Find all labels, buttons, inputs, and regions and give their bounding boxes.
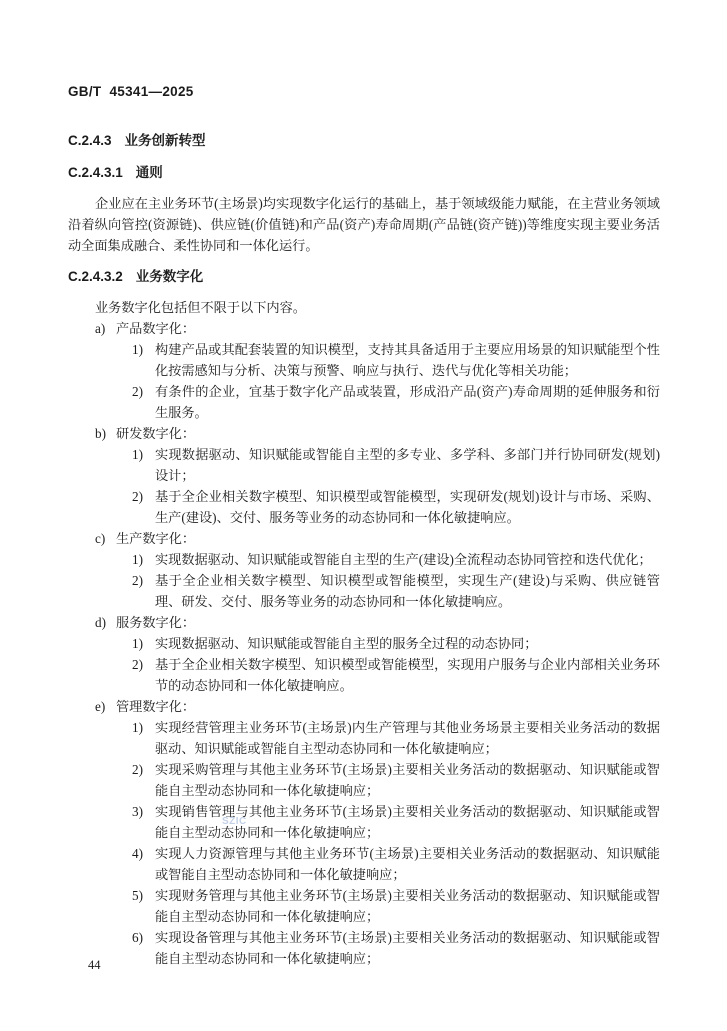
heading-number: C.2.4.3.2 — [68, 269, 123, 284]
list-marker: 3) — [132, 801, 143, 822]
list-item-text: 实现采购管理与其他主业务环节(主场景)主要相关业务活动的数据驱动、知识赋能或智能… — [155, 762, 660, 798]
page-number: 44 — [88, 957, 101, 973]
list-marker: 2) — [132, 486, 143, 507]
list-subitem: 2)基于全企业相关数字模型、知识模型或智能模型，实现用户服务与企业内部相关业务环… — [68, 654, 660, 696]
list-subitem: 6)实现设备管理与其他主业务环节(主场景)主要相关业务活动的数据驱动、知识赋能或… — [68, 927, 660, 969]
list-item-text: 实现销售管理与其他主业务环节(主场景)主要相关业务活动的数据驱动、知识赋能或智能… — [155, 804, 660, 840]
list-item: a)产品数字化： — [68, 318, 660, 339]
list-marker: e) — [95, 696, 105, 717]
list-marker: 1) — [132, 444, 143, 465]
list-subitem: 5)实现财务管理与其他主业务环节(主场景)主要相关业务活动的数据驱动、知识赋能或… — [68, 885, 660, 927]
list-item-text: 实现经营管理主业务环节(主场景)内生产管理与其他业务场景主要相关业务活动的数据驱… — [155, 720, 660, 756]
heading-number: C.2.4.3.1 — [68, 165, 123, 180]
list-marker: 2) — [132, 759, 143, 780]
heading-title: 通则 — [136, 165, 163, 180]
list-subitem: 2)实现采购管理与其他主业务环节(主场景)主要相关业务活动的数据驱动、知识赋能或… — [68, 759, 660, 801]
list-item-text: 管理数字化： — [116, 699, 195, 714]
list-marker: 1) — [132, 339, 143, 360]
list-marker: 1) — [132, 549, 143, 570]
heading-business-digitalization: C.2.4.3.2业务数字化 — [68, 268, 660, 285]
heading-business-innovation-transformation: C.2.4.3业务创新转型 — [68, 132, 660, 149]
list-item-text: 实现人力资源管理与其他主业务环节(主场景)主要相关业务活动的数据驱动、知识赋能或… — [155, 846, 660, 882]
list-marker: 4) — [132, 843, 143, 864]
list-item-text: 服务数字化： — [116, 615, 195, 630]
heading-title: 业务创新转型 — [125, 133, 206, 148]
list-marker: 2) — [132, 381, 143, 402]
list-item-text: 实现数据驱动、知识赋能或智能自主型的多专业、多学科、多部门并行协同研发(规划)设… — [155, 447, 660, 483]
list-marker: c) — [95, 528, 105, 549]
list-item-text: 构建产品或其配套装置的知识模型，支持其具备适用于主要应用场景的知识赋能型个性化按… — [155, 342, 660, 378]
document-page: GB/T 45341—2025 C.2.4.3业务创新转型 C.2.4.3.1通… — [0, 0, 727, 1031]
list-subitem: 1)实现数据驱动、知识赋能或智能自主型的多专业、多学科、多部门并行协同研发(规划… — [68, 444, 660, 486]
list-intro: 业务数字化包括但不限于以下内容。 — [68, 297, 660, 318]
list-item-text: 基于全企业相关数字模型、知识模型或智能模型，实现研发(规划)设计与市场、采购、生… — [155, 489, 660, 525]
list-item-text: 基于全企业相关数字模型、知识模型或智能模型，实现用户服务与企业内部相关业务环节的… — [155, 657, 660, 693]
list-marker: d) — [95, 612, 106, 633]
list-item: c)生产数字化： — [68, 528, 660, 549]
heading-number: C.2.4.3 — [68, 133, 112, 148]
list-item: e)管理数字化： — [68, 696, 660, 717]
list-item-text: 基于全企业相关数字模型、知识模型或智能模型，实现生产(建设)与采购、供应链管理、… — [155, 573, 660, 609]
list-subitem: 4)实现人力资源管理与其他主业务环节(主场景)主要相关业务活动的数据驱动、知识赋… — [68, 843, 660, 885]
list-marker: 2) — [132, 654, 143, 675]
list-item-text: 实现财务管理与其他主业务环节(主场景)主要相关业务活动的数据驱动、知识赋能或智能… — [155, 888, 660, 924]
list-subitem: 3)实现销售管理与其他主业务环节(主场景)主要相关业务活动的数据驱动、知识赋能或… — [68, 801, 660, 843]
doc-code: GB/T 45341—2025 — [68, 84, 660, 100]
list-item-text: 有条件的企业，宜基于数字化产品或装置，形成沿产品(资产)寿命周期的延伸服务和衍生… — [155, 384, 660, 420]
list-marker: 1) — [132, 717, 143, 738]
list-marker: b) — [95, 423, 106, 444]
list-marker: 1) — [132, 633, 143, 654]
list-subitem: 1)实现数据驱动、知识赋能或智能自主型的生产(建设)全流程动态协同管控和迭代优化… — [68, 549, 660, 570]
list-item: b)研发数字化： — [68, 423, 660, 444]
list-marker: 5) — [132, 885, 143, 906]
list-item-text: 产品数字化： — [116, 321, 195, 336]
list-item-text: 研发数字化： — [116, 426, 195, 441]
list-item-text: 实现设备管理与其他主业务环节(主场景)主要相关业务活动的数据驱动、知识赋能或智能… — [155, 930, 660, 966]
list-subitem: 2)有条件的企业，宜基于数字化产品或装置，形成沿产品(资产)寿命周期的延伸服务和… — [68, 381, 660, 423]
list-subitem: 1)实现经营管理主业务环节(主场景)内生产管理与其他业务场景主要相关业务活动的数… — [68, 717, 660, 759]
list-marker: 6) — [132, 927, 143, 948]
list-marker: a) — [95, 318, 105, 339]
list-subitem: 1)构建产品或其配套装置的知识模型，支持其具备适用于主要应用场景的知识赋能型个性… — [68, 339, 660, 381]
general-paragraph: 企业应在主业务环节(主场景)均实现数字化运行的基础上，基于领域级能力赋能，在主营… — [68, 193, 660, 256]
heading-general-rules: C.2.4.3.1通则 — [68, 164, 660, 181]
list-subitem: 2)基于全企业相关数字模型、知识模型或智能模型，实现研发(规划)设计与市场、采购… — [68, 486, 660, 528]
list-subitem: 2)基于全企业相关数字模型、知识模型或智能模型，实现生产(建设)与采购、供应链管… — [68, 570, 660, 612]
list-item: d)服务数字化： — [68, 612, 660, 633]
list-marker: 2) — [132, 570, 143, 591]
list-item-text: 实现数据驱动、知识赋能或智能自主型的服务全过程的动态协同； — [155, 636, 537, 651]
heading-title: 业务数字化 — [136, 269, 204, 284]
list-subitem: 1)实现数据驱动、知识赋能或智能自主型的服务全过程的动态协同； — [68, 633, 660, 654]
list-item-text: 生产数字化： — [116, 531, 195, 546]
list-item-text: 实现数据驱动、知识赋能或智能自主型的生产(建设)全流程动态协同管控和迭代优化； — [155, 552, 652, 567]
digitalization-list: a)产品数字化：1)构建产品或其配套装置的知识模型，支持其具备适用于主要应用场景… — [68, 318, 660, 969]
